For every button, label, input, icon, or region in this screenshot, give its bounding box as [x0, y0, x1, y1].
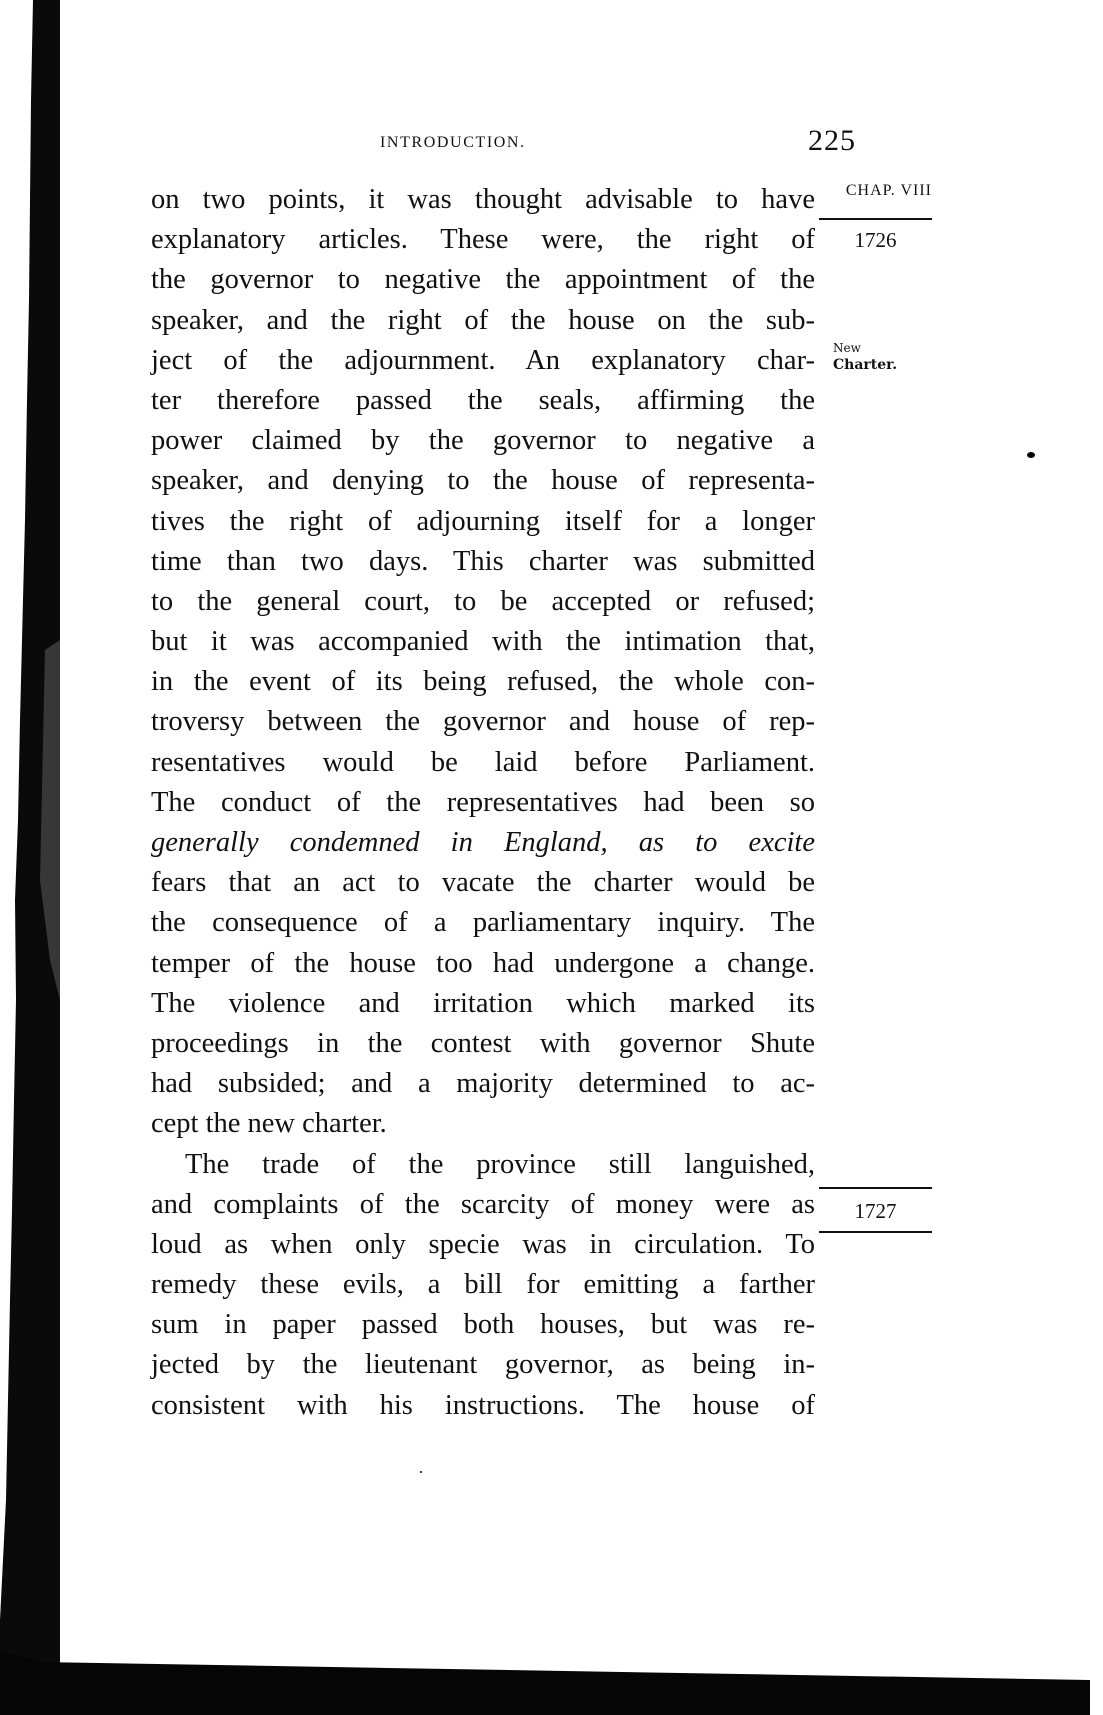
text-line: consistent with his instructions. The ho…	[151, 1386, 815, 1426]
text-line: power claimed by the governor to negativ…	[151, 421, 815, 461]
margin-rule	[819, 218, 932, 220]
text-line: tives the right of adjourning itself for…	[151, 502, 815, 542]
text-line: on two points, it was thought advisable …	[151, 180, 815, 220]
text-line: speaker, and denying to the house of rep…	[151, 461, 815, 501]
text-line: The violence and irritation which marked…	[151, 984, 815, 1024]
text-line: loud as when only specie was in circulat…	[151, 1225, 815, 1265]
margin-year-1726: 1726	[819, 228, 932, 252]
text-line: speaker, and the right of the house on t…	[151, 301, 815, 341]
margin-rule	[819, 1231, 932, 1233]
text-line: to the general court, to be accepted or …	[151, 582, 815, 622]
text-line: temper of the house too had undergone a …	[151, 944, 815, 984]
text-line: jected by the lieutenant governor, as be…	[151, 1345, 815, 1385]
margin-note-line-1: New	[833, 340, 897, 357]
scanner-bottom-edge	[0, 1640, 1103, 1715]
binding-shadow	[0, 0, 60, 1715]
scan-speck	[420, 1471, 422, 1473]
text-line: ject of the adjournment. An explanatory …	[151, 341, 815, 381]
text-line: the consequence of a parliamentary inqui…	[151, 903, 815, 943]
text-line: and complaints of the scarcity of money …	[151, 1185, 815, 1225]
scan-speck	[1027, 452, 1035, 458]
text-line: The trade of the province still languish…	[151, 1145, 815, 1185]
text-line: ter therefore passed the seals, affirmin…	[151, 381, 815, 421]
text-line: generally condemned in England, as to ex…	[151, 823, 815, 863]
book-page: INTRODUCTION. 225 CHAP. VIII 1726 New Ch…	[0, 0, 1103, 1715]
text-line: cept the new charter.	[151, 1104, 815, 1144]
text-line: explanatory articles. These were, the ri…	[151, 220, 815, 260]
text-line: troversy between the governor and house …	[151, 702, 815, 742]
body-text: on two points, it was thought advisable …	[151, 180, 815, 1426]
running-title: INTRODUCTION.	[380, 131, 526, 155]
text-line: but it was accompanied with the intimati…	[151, 622, 815, 662]
text-line: proceedings in the contest with governor…	[151, 1024, 815, 1064]
text-line: in the event of its being refused, the w…	[151, 662, 815, 702]
text-line: time than two days. This charter was sub…	[151, 542, 815, 582]
text-line: the governor to negative the appointment…	[151, 260, 815, 300]
margin-rule	[819, 1187, 932, 1189]
margin-note-new-charter: New Charter.	[833, 340, 897, 374]
running-head: INTRODUCTION. 225	[0, 131, 1103, 161]
text-line: fears that an act to vacate the charter …	[151, 863, 815, 903]
text-line: remedy these evils, a bill for emitting …	[151, 1265, 815, 1305]
margin-year-1727: 1727	[819, 1199, 932, 1223]
margin-chapter-label: CHAP. VIII	[819, 180, 932, 202]
text-line: sum in paper passed both houses, but was…	[151, 1305, 815, 1345]
page-number: 225	[808, 125, 856, 157]
text-line: The conduct of the representatives had b…	[151, 783, 815, 823]
text-line: had subsided; and a majority determined …	[151, 1064, 815, 1104]
text-line: resentatives would be laid before Parlia…	[151, 743, 815, 783]
margin-note-line-2: Charter.	[833, 357, 897, 374]
